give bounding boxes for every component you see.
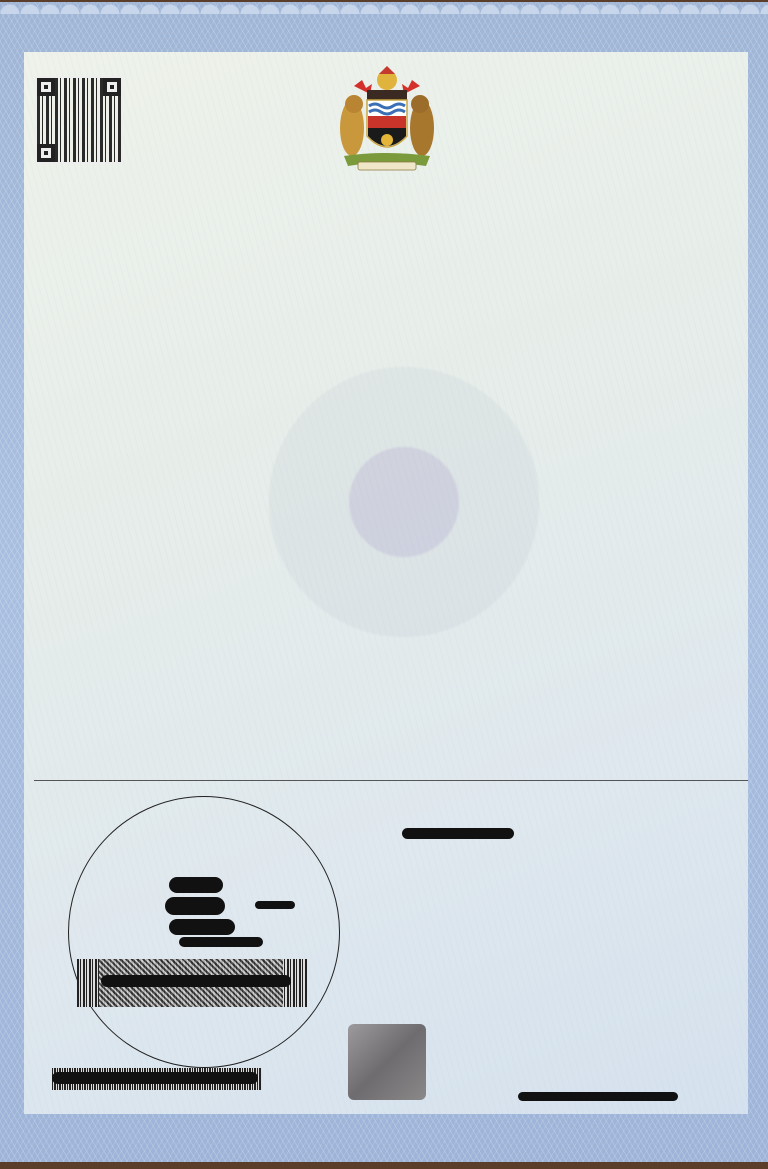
qr-code xyxy=(35,76,123,164)
redaction-mark xyxy=(165,897,225,915)
scalloped-border xyxy=(0,2,768,14)
instructions xyxy=(406,794,514,840)
cut-line xyxy=(34,780,748,781)
serial-number xyxy=(518,1086,678,1108)
guilloche-rosette xyxy=(194,292,614,712)
coat-of-arms-icon xyxy=(334,66,440,174)
redaction-mark xyxy=(402,828,514,839)
pdf417-barcode xyxy=(77,959,307,1007)
redaction-mark xyxy=(169,877,223,893)
redaction-mark xyxy=(518,1092,678,1101)
security-hologram xyxy=(348,1024,426,1100)
instruction-code xyxy=(406,826,514,840)
bottom-banner xyxy=(0,1112,768,1157)
certificate-body xyxy=(24,52,748,1114)
redaction-mark xyxy=(169,919,235,935)
redaction-mark xyxy=(255,901,295,909)
bottom-barcode xyxy=(52,1068,262,1090)
certificate-sheet xyxy=(0,2,768,1162)
windscreen-disc xyxy=(68,796,340,1068)
redaction-mark xyxy=(179,937,263,947)
